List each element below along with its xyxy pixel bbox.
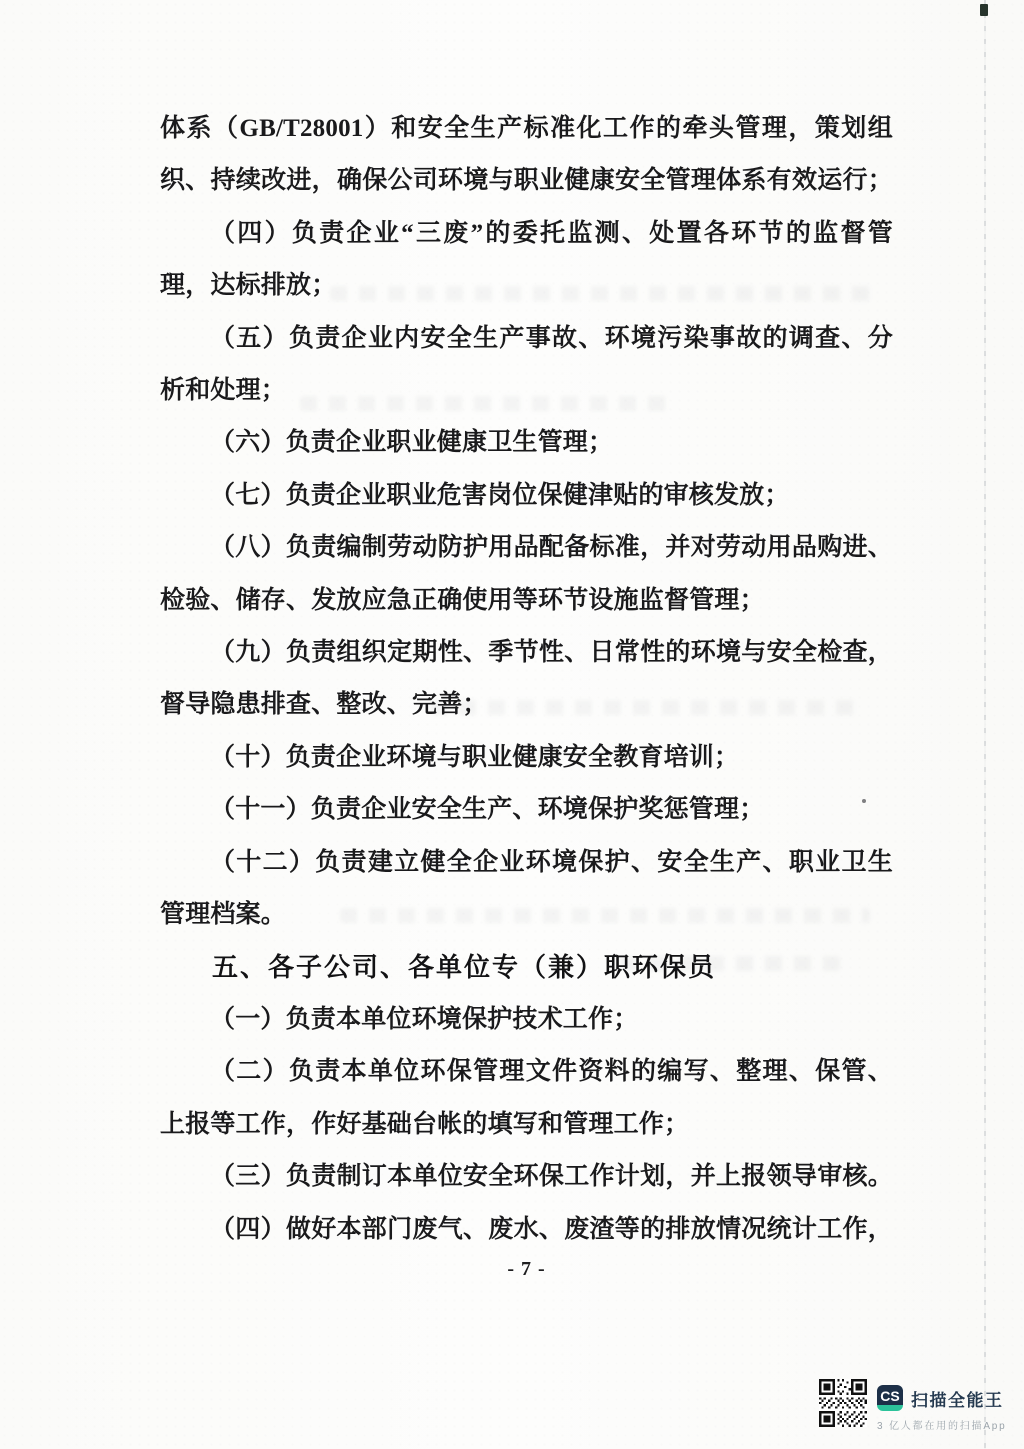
document-line: （八）负责编制劳动防护用品配备标准，并对劳动用品购进、 [160,522,893,574]
page-number: - 7 - [160,1258,893,1281]
camscanner-logo-letters: CS [880,1388,899,1404]
qr-code-icon [819,1379,867,1427]
camscanner-logo-icon: CS [877,1385,903,1411]
document-line: 管理档案。 [160,889,893,941]
scan-corner-mark-artifact [980,4,988,16]
document-line: 析和处理； [160,365,893,417]
document-line: （二）负责本单位环保管理文件资料的编写、整理、保管、 [160,1046,893,1098]
document-body: 体系（GB/T28001）和安全生产标准化工作的牵头管理，策划组织、持续改进，确… [160,103,893,1256]
camscanner-watermark: CS 扫描全能王 3 亿人都在用的扫描App [819,1379,1007,1432]
document-line: （四）负责企业“三废”的委托监测、处置各环节的监督管 [160,208,893,260]
camscanner-tagline: 3 亿人都在用的扫描App [877,1417,1007,1432]
document-line: （六）负责企业职业健康卫生管理； [160,417,893,469]
scanned-document-page: 体系（GB/T28001）和安全生产标准化工作的牵头管理，策划组织、持续改进，确… [0,0,1024,1449]
document-line: （七）负责企业职业危害岗位保健津贴的审核发放； [160,470,893,522]
document-line: 上报等工作，作好基础台帐的填写和管理工作； [160,1099,893,1151]
document-line: （九）负责组织定期性、季节性、日常性的环境与安全检查， [160,627,893,679]
document-line: 督导隐患排查、整改、完善； [160,679,893,731]
camscanner-app-name: 扫描全能王 [911,1386,1004,1411]
document-line: 检验、储存、发放应急正确使用等环节设施监督管理； [160,575,893,627]
document-line: 织、持续改进，确保公司环境与职业健康安全管理体系有效运行； [160,155,893,207]
document-line: （一）负责本单位环境保护技术工作； [160,994,893,1046]
document-line: （十一）负责企业安全生产、环境保护奖惩管理； [160,784,893,836]
document-line: 体系（GB/T28001）和安全生产标准化工作的牵头管理，策划组 [160,103,893,155]
document-line: （十）负责企业环境与职业健康安全教育培训； [160,732,893,784]
document-line: （十二）负责建立健全企业环境保护、安全生产、职业卫生 [160,837,893,889]
document-line: 理，达标排放； [160,260,893,312]
document-line: （三）负责制订本单位安全环保工作计划，并上报领导审核。 [160,1151,893,1203]
scan-edge-line-artifact [984,0,986,1449]
document-line: （四）做好本部门废气、废水、废渣等的排放情况统计工作， [160,1204,893,1256]
section-heading: 五、各子公司、各单位专（兼）职环保员 [160,942,893,994]
document-line: （五）负责企业内安全生产事故、环境污染事故的调查、分 [160,313,893,365]
